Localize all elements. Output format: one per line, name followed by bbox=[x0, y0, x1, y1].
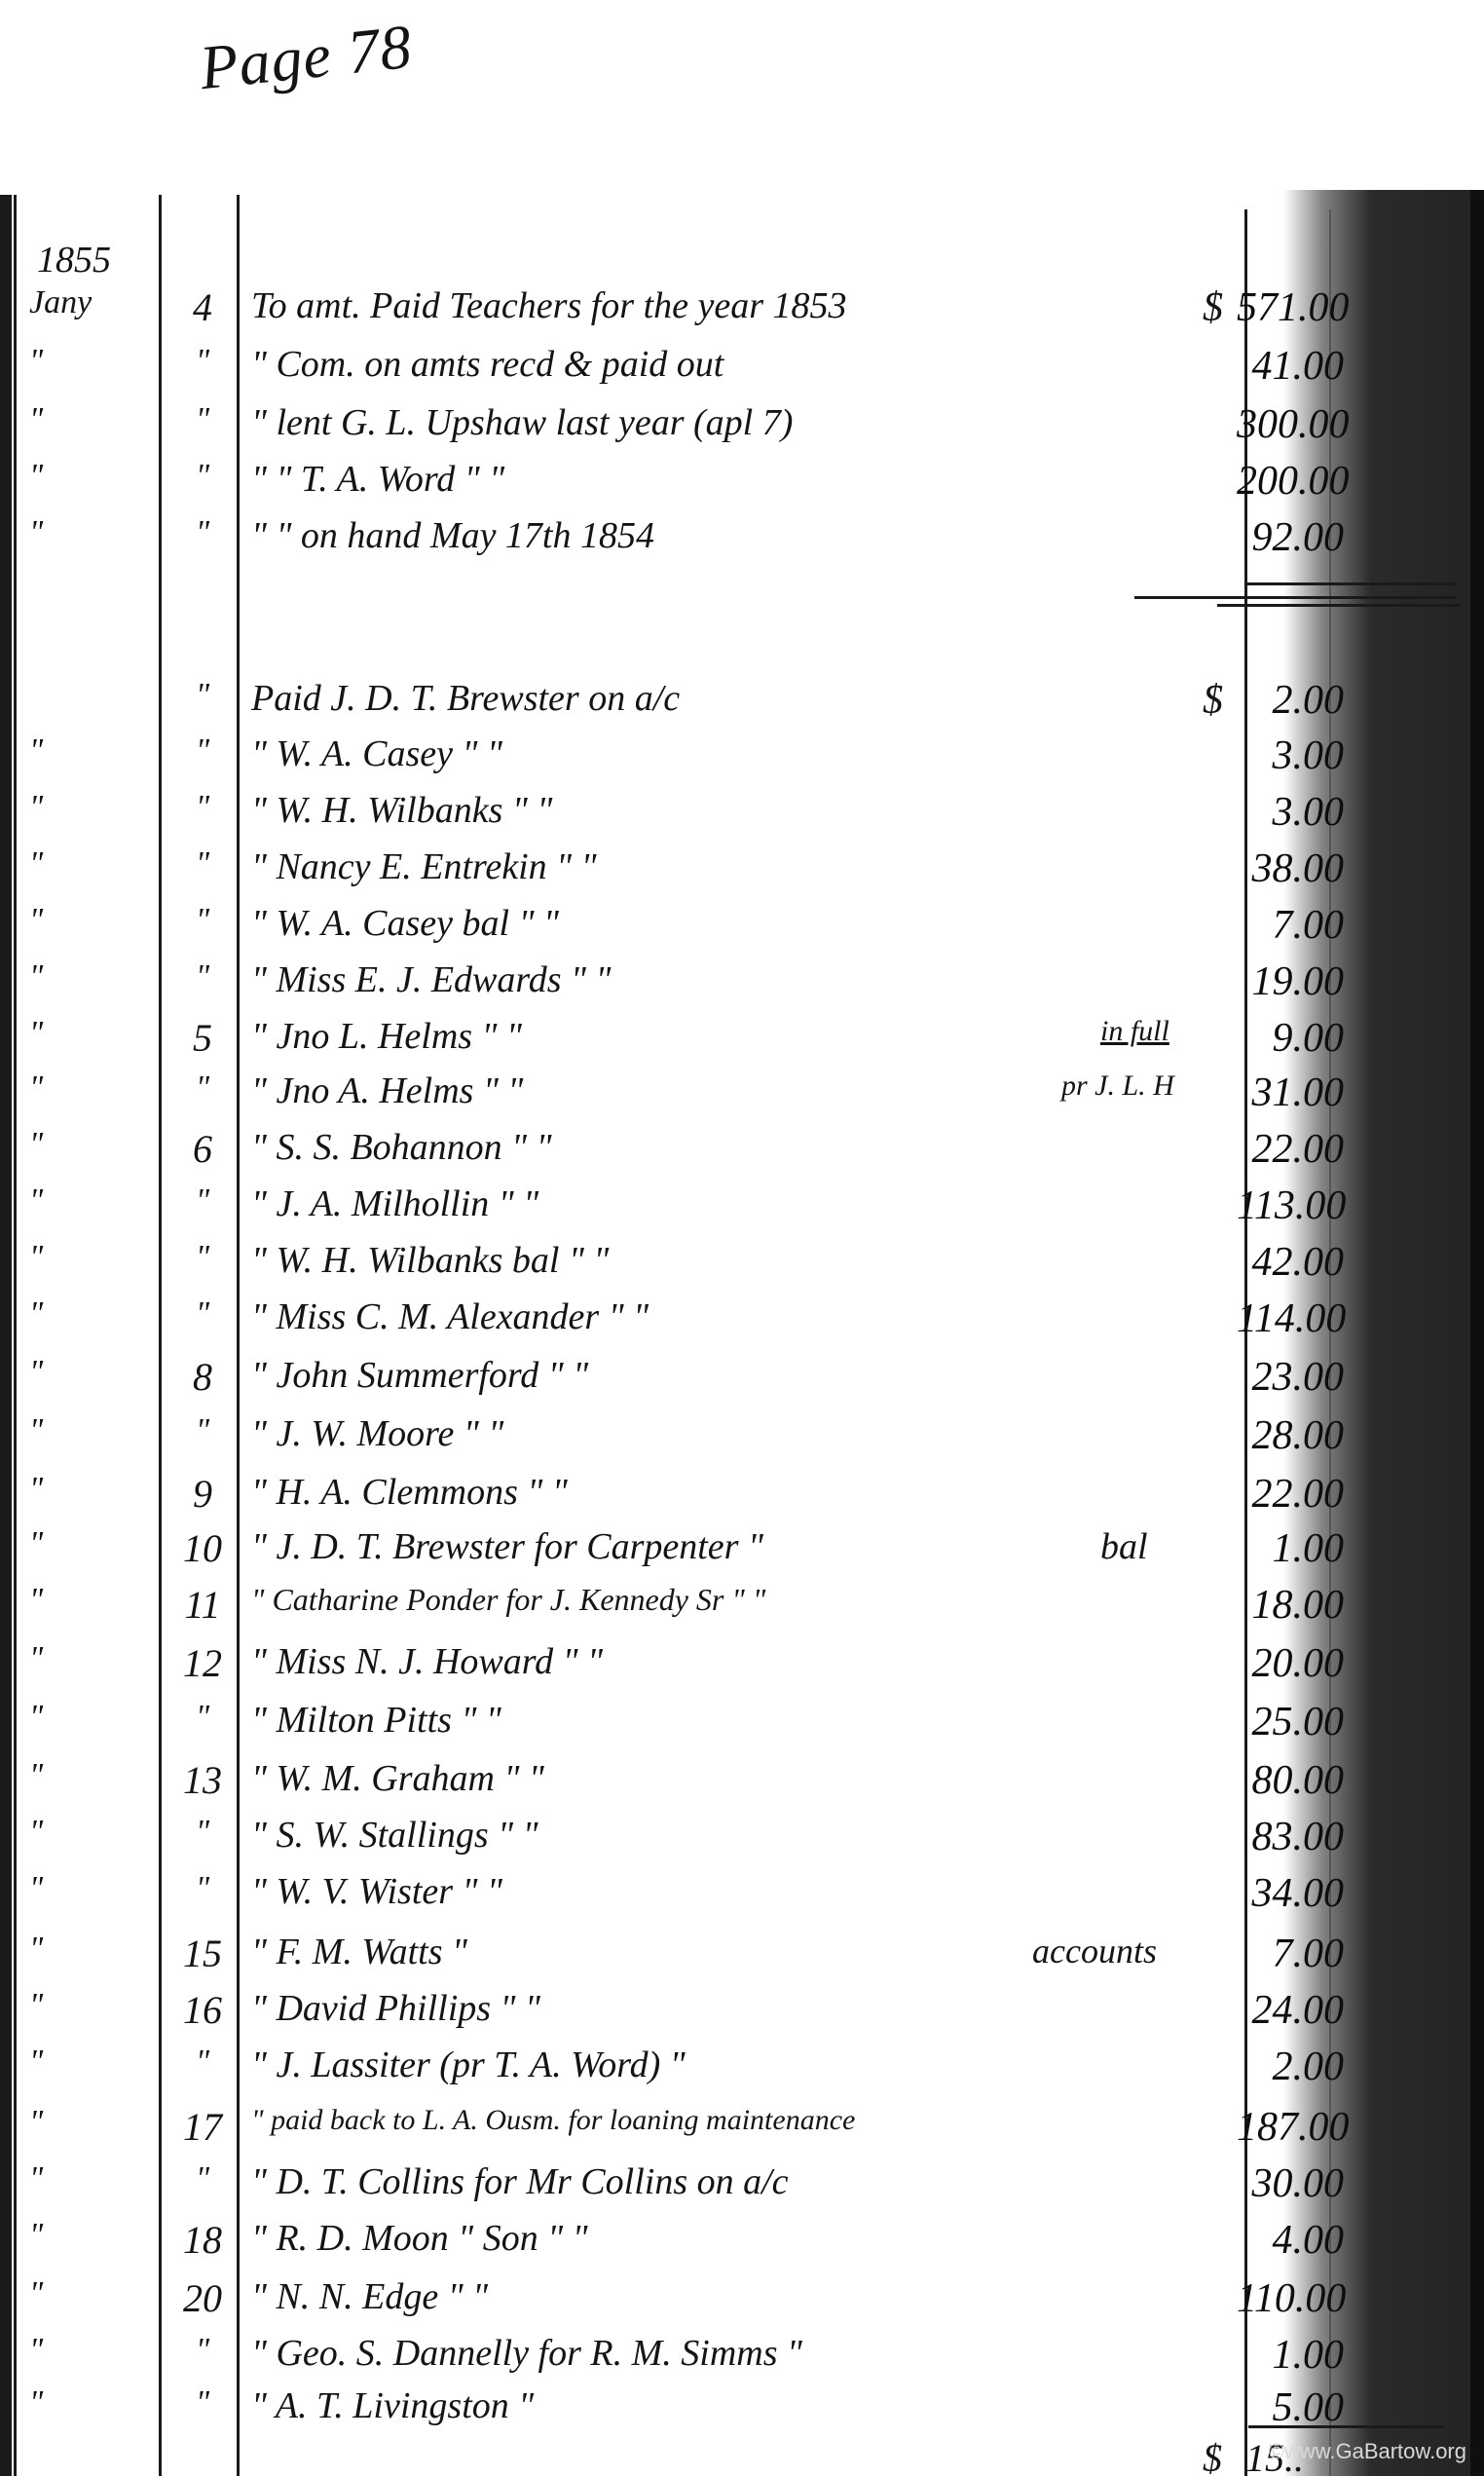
description-cell: " S. W. Stallings " " bbox=[251, 1814, 538, 1857]
amount-cell: 3.00 bbox=[1237, 789, 1344, 836]
amount-cell: 114.00 bbox=[1237, 1295, 1344, 1342]
day-cell: 4 bbox=[173, 284, 232, 330]
description-cell: " W. H. Wilbanks bal " " bbox=[251, 1239, 609, 1282]
day-cell: " bbox=[173, 458, 232, 495]
ledger-row: " " " Nancy E. Entrekin " " 38.00 bbox=[0, 845, 1484, 904]
description-cell: " " on hand May 17th 1854 bbox=[251, 514, 654, 557]
description-cell: " W. A. Casey " " bbox=[251, 732, 502, 775]
ledger-row: " " " Com. on amts recd & paid out 41.00 bbox=[0, 343, 1484, 401]
total-rule bbox=[1248, 2425, 1443, 2428]
ledger-row: " " " A. T. Livingston " 5.00 bbox=[0, 2384, 1484, 2443]
amount-cell: 42.00 bbox=[1237, 1239, 1344, 1286]
description-cell: " Com. on amts recd & paid out bbox=[251, 343, 723, 386]
day-cell: " bbox=[173, 2384, 232, 2421]
month-cell: " bbox=[29, 2217, 156, 2254]
day-cell: " bbox=[173, 1182, 232, 1219]
month-cell: " bbox=[29, 1069, 156, 1107]
day-cell: 16 bbox=[173, 1987, 232, 2033]
day-cell: " bbox=[173, 514, 232, 551]
month-cell: " bbox=[29, 2275, 156, 2312]
description-cell: " S. S. Bohannon " " bbox=[251, 1126, 552, 1169]
day-cell: " bbox=[173, 2044, 232, 2081]
amount-cell: 92.00 bbox=[1237, 514, 1344, 561]
ledger-row: " " " Geo. S. Dannelly for R. M. Simms "… bbox=[0, 2332, 1484, 2390]
year-label: 1855 bbox=[37, 239, 111, 281]
month-cell: " bbox=[29, 1640, 156, 1677]
description-cell: " N. N. Edge " " bbox=[251, 2275, 488, 2318]
description-cell: " Miss C. M. Alexander " " bbox=[251, 1295, 649, 1338]
dollar-sign: $ bbox=[1203, 677, 1223, 724]
description-cell: " J. D. T. Brewster for Carpenter " bbox=[251, 1525, 763, 1568]
description-cell: " lent G. L. Upshaw last year (apl 7) bbox=[251, 401, 793, 444]
day-cell: 9 bbox=[173, 1471, 232, 1517]
description-cell: " Jno A. Helms " " bbox=[251, 1069, 523, 1112]
ledger-row: " 20 " N. N. Edge " " 110.00 bbox=[0, 2275, 1484, 2334]
month-cell: " bbox=[29, 1182, 156, 1219]
month-cell: " bbox=[29, 1987, 156, 2024]
month-cell: " bbox=[29, 2044, 156, 2081]
ledger-row: " " " Miss E. J. Edwards " " 19.00 bbox=[0, 958, 1484, 1017]
amount-cell: 38.00 bbox=[1237, 845, 1344, 892]
description-cell: " J. Lassiter (pr T. A. Word) " bbox=[251, 2044, 686, 2086]
day-cell: " bbox=[173, 677, 232, 714]
amount-cell: 571.00 bbox=[1237, 284, 1344, 331]
amount-cell: 2.00 bbox=[1237, 2044, 1344, 2090]
month-cell: " bbox=[29, 1471, 156, 1508]
month-cell: " bbox=[29, 1814, 156, 1851]
amount-cell: 83.00 bbox=[1237, 1814, 1344, 1860]
day-cell: 6 bbox=[173, 1126, 232, 1172]
amount-cell: 113.00 bbox=[1237, 1182, 1344, 1229]
day-cell: " bbox=[173, 1412, 232, 1449]
month-cell: " bbox=[29, 2384, 156, 2421]
amount-cell: 19.00 bbox=[1237, 958, 1344, 1005]
month-cell: " bbox=[29, 732, 156, 769]
month-cell: " bbox=[29, 2104, 156, 2141]
month-cell: " bbox=[29, 1126, 156, 1163]
ledger-row: " 10 " J. D. T. Brewster for Carpenter "… bbox=[0, 1525, 1484, 1584]
day-cell: 15 bbox=[173, 1931, 232, 1976]
month-cell: " bbox=[29, 1699, 156, 1736]
month-cell: " bbox=[29, 1931, 156, 1968]
description-cell: " Jno L. Helms " " bbox=[251, 1015, 522, 1058]
month-cell: Jany bbox=[29, 284, 156, 321]
day-cell: " bbox=[173, 1069, 232, 1107]
month-cell: " bbox=[29, 845, 156, 882]
amount-cell: 80.00 bbox=[1237, 1757, 1344, 1804]
day-cell: " bbox=[173, 732, 232, 769]
day-cell: " bbox=[173, 401, 232, 438]
amount-cell: 5.00 bbox=[1237, 2384, 1344, 2431]
ledger-row: " " " J. Lassiter (pr T. A. Word) " 2.00 bbox=[0, 2044, 1484, 2102]
month-cell: " bbox=[29, 902, 156, 939]
description-cell: " H. A. Clemmons " " bbox=[251, 1471, 568, 1514]
description-cell: " John Summerford " " bbox=[251, 1354, 588, 1397]
amount-cell: 1.00 bbox=[1237, 1525, 1344, 1572]
note-cell: pr J. L. H bbox=[1061, 1069, 1174, 1103]
subtotal-rule bbox=[1246, 582, 1456, 585]
description-cell: " J. A. Milhollin " " bbox=[251, 1182, 538, 1225]
description-cell: " W. A. Casey bal " " bbox=[251, 902, 559, 945]
month-cell: " bbox=[29, 1582, 156, 1619]
amount-cell: 28.00 bbox=[1237, 1412, 1344, 1459]
month-cell: " bbox=[29, 958, 156, 995]
amount-cell: 9.00 bbox=[1237, 1015, 1344, 1062]
day-cell: 17 bbox=[173, 2104, 232, 2150]
month-cell: " bbox=[29, 401, 156, 438]
day-cell: " bbox=[173, 1699, 232, 1736]
description-cell: Paid J. D. T. Brewster on a/c bbox=[251, 677, 680, 720]
ledger-row: " " " D. T. Collins for Mr Collins on a/… bbox=[0, 2160, 1484, 2219]
amount-cell: 200.00 bbox=[1237, 458, 1344, 505]
ledger-row: " 6 " S. S. Bohannon " " 22.00 bbox=[0, 1126, 1484, 1184]
ledger-row: " " " W. A. Casey bal " " 7.00 bbox=[0, 902, 1484, 960]
note-cell: in full bbox=[1100, 1015, 1169, 1048]
description-cell: " W. V. Wister " " bbox=[251, 1870, 502, 1913]
month-cell: " bbox=[29, 1295, 156, 1332]
ledger-row: " " " J. A. Milhollin " " 113.00 bbox=[0, 1182, 1484, 1241]
month-cell: " bbox=[29, 1870, 156, 1907]
month-cell: " bbox=[29, 789, 156, 826]
description-cell: " Geo. S. Dannelly for R. M. Simms " bbox=[251, 2332, 802, 2375]
description-cell: " J. W. Moore " " bbox=[251, 1412, 503, 1455]
month-cell: " bbox=[29, 343, 156, 380]
day-cell: 20 bbox=[173, 2275, 232, 2321]
amount-cell: 7.00 bbox=[1237, 902, 1344, 949]
amount-cell: 18.00 bbox=[1237, 1582, 1344, 1629]
day-cell: " bbox=[173, 2332, 232, 2369]
description-cell: " Miss N. J. Howard " " bbox=[251, 1640, 603, 1683]
description-cell: " W. M. Graham " " bbox=[251, 1757, 544, 1800]
page-label: Page 78 bbox=[197, 11, 416, 104]
section-divider-rule bbox=[1134, 596, 1456, 599]
amount-cell: 4.00 bbox=[1237, 2217, 1344, 2264]
description-cell: " W. H. Wilbanks " " bbox=[251, 789, 552, 832]
day-cell: 5 bbox=[173, 1015, 232, 1061]
ledger-row: " " " W. H. Wilbanks " " 3.00 bbox=[0, 789, 1484, 847]
month-cell: " bbox=[29, 458, 156, 495]
ledger-row: " " " Milton Pitts " " 25.00 bbox=[0, 1699, 1484, 1757]
amount-cell: 187.00 bbox=[1237, 2104, 1344, 2151]
dollar-sign: $ bbox=[1203, 284, 1223, 331]
day-cell: " bbox=[173, 789, 232, 826]
ledger-row: " 17 " paid back to L. A. Ousm. for loan… bbox=[0, 2104, 1484, 2162]
day-cell: 13 bbox=[173, 1757, 232, 1803]
ledger-row: " " " " T. A. Word " " 200.00 bbox=[0, 458, 1484, 516]
watermark: ©www.GaBartow.org bbox=[1269, 2439, 1466, 2464]
amount-cell: 22.00 bbox=[1237, 1126, 1344, 1173]
ledger-row: " 16 " David Phillips " " 24.00 bbox=[0, 1987, 1484, 2045]
day-cell: 10 bbox=[173, 1525, 232, 1571]
day-cell: " bbox=[173, 958, 232, 995]
amount-cell: 2.00 bbox=[1237, 677, 1344, 724]
day-cell: " bbox=[173, 1870, 232, 1907]
day-cell: " bbox=[173, 902, 232, 939]
month-cell: " bbox=[29, 1757, 156, 1794]
amount-cell: 41.00 bbox=[1237, 343, 1344, 390]
day-cell: " bbox=[173, 343, 232, 380]
amount-cell: 3.00 bbox=[1237, 732, 1344, 779]
ledger-row: " 5 " Jno L. Helms " " in full 9.00 bbox=[0, 1015, 1484, 1073]
amount-cell: 7.00 bbox=[1237, 1931, 1344, 1977]
ledger-row: " " " lent G. L. Upshaw last year (apl 7… bbox=[0, 401, 1484, 460]
day-cell: " bbox=[173, 1814, 232, 1851]
section-divider-rule-2 bbox=[1217, 604, 1461, 607]
description-cell: " Nancy E. Entrekin " " bbox=[251, 845, 597, 888]
amount-cell: 1.00 bbox=[1237, 2332, 1344, 2379]
description-cell: " paid back to L. A. Ousm. for loaning m… bbox=[251, 2104, 855, 2137]
ledger-row: Jany 4 To amt. Paid Teachers for the yea… bbox=[0, 284, 1484, 343]
ledger-row: " " " Jno A. Helms " " pr J. L. H 31.00 bbox=[0, 1069, 1484, 1128]
ledger-row: " 12 " Miss N. J. Howard " " 20.00 bbox=[0, 1640, 1484, 1699]
ledger-row: " 13 " W. M. Graham " " 80.00 bbox=[0, 1757, 1484, 1816]
amount-cell: 34.00 bbox=[1237, 1870, 1344, 1917]
note-cell: accounts bbox=[1032, 1931, 1157, 1971]
month-cell: " bbox=[29, 1354, 156, 1391]
description-cell: " David Phillips " " bbox=[251, 1987, 540, 2030]
description-cell: " " T. A. Word " " bbox=[251, 458, 504, 501]
month-cell: " bbox=[29, 1239, 156, 1276]
ledger-row: " Paid J. D. T. Brewster on a/c $ 2.00 bbox=[0, 677, 1484, 735]
month-cell: " bbox=[29, 1412, 156, 1449]
description-cell: " Milton Pitts " " bbox=[251, 1699, 501, 1742]
amount-cell: 31.00 bbox=[1237, 1069, 1344, 1116]
ledger-row: " " " S. W. Stallings " " 83.00 bbox=[0, 1814, 1484, 1872]
month-cell: " bbox=[29, 2332, 156, 2369]
day-cell: 12 bbox=[173, 1640, 232, 1686]
day-cell: 8 bbox=[173, 1354, 232, 1400]
amount-cell: 23.00 bbox=[1237, 1354, 1344, 1401]
description-cell: " F. M. Watts " bbox=[251, 1931, 467, 1973]
amount-cell: 30.00 bbox=[1237, 2160, 1344, 2207]
ledger-row: " " " W. H. Wilbanks bal " " 42.00 bbox=[0, 1239, 1484, 1297]
ledger-row: " " " J. W. Moore " " 28.00 bbox=[0, 1412, 1484, 1471]
ledger-row: " 18 " R. D. Moon " Son " " 4.00 bbox=[0, 2217, 1484, 2275]
description-cell: " D. T. Collins for Mr Collins on a/c bbox=[251, 2160, 789, 2203]
ledger-row: " " " Miss C. M. Alexander " " 114.00 bbox=[0, 1295, 1484, 1354]
dollar-sign: $ bbox=[1203, 2436, 1222, 2476]
amount-cell: 25.00 bbox=[1237, 1699, 1344, 1745]
day-cell: " bbox=[173, 845, 232, 882]
amount-cell: 20.00 bbox=[1237, 1640, 1344, 1687]
day-cell: " bbox=[173, 1239, 232, 1276]
ledger-row: " 9 " H. A. Clemmons " " 22.00 bbox=[0, 1471, 1484, 1529]
ledger-row: " " " W. V. Wister " " 34.00 bbox=[0, 1870, 1484, 1929]
amount-cell: 110.00 bbox=[1237, 2275, 1344, 2322]
description-cell: To amt. Paid Teachers for the year 1853 bbox=[251, 284, 847, 327]
ledger-row: " " " W. A. Casey " " 3.00 bbox=[0, 732, 1484, 791]
day-cell: " bbox=[173, 2160, 232, 2197]
month-cell: " bbox=[29, 1525, 156, 1562]
amount-cell: 22.00 bbox=[1237, 1471, 1344, 1518]
ledger-row: " 11 " Catharine Ponder for J. Kennedy S… bbox=[0, 1582, 1484, 1640]
day-cell: 11 bbox=[173, 1582, 232, 1628]
month-cell: " bbox=[29, 2160, 156, 2197]
description-cell: " A. T. Livingston " bbox=[251, 2384, 534, 2427]
ledger-row: " 15 " F. M. Watts " accounts 7.00 bbox=[0, 1931, 1484, 1989]
amount-cell: 300.00 bbox=[1237, 401, 1344, 448]
ledger-row: " 8 " John Summerford " " 23.00 bbox=[0, 1354, 1484, 1412]
note-cell: bal bbox=[1100, 1525, 1148, 1568]
amount-cell: 24.00 bbox=[1237, 1987, 1344, 2034]
description-cell: " Catharine Ponder for J. Kennedy Sr " " bbox=[251, 1582, 765, 1618]
day-cell: " bbox=[173, 1295, 232, 1332]
day-cell: 18 bbox=[173, 2217, 232, 2263]
description-cell: " Miss E. J. Edwards " " bbox=[251, 958, 611, 1001]
ledger-row: " " " " on hand May 17th 1854 92.00 bbox=[0, 514, 1484, 573]
month-cell: " bbox=[29, 514, 156, 551]
month-cell: " bbox=[29, 1015, 156, 1052]
description-cell: " R. D. Moon " Son " " bbox=[251, 2217, 588, 2260]
